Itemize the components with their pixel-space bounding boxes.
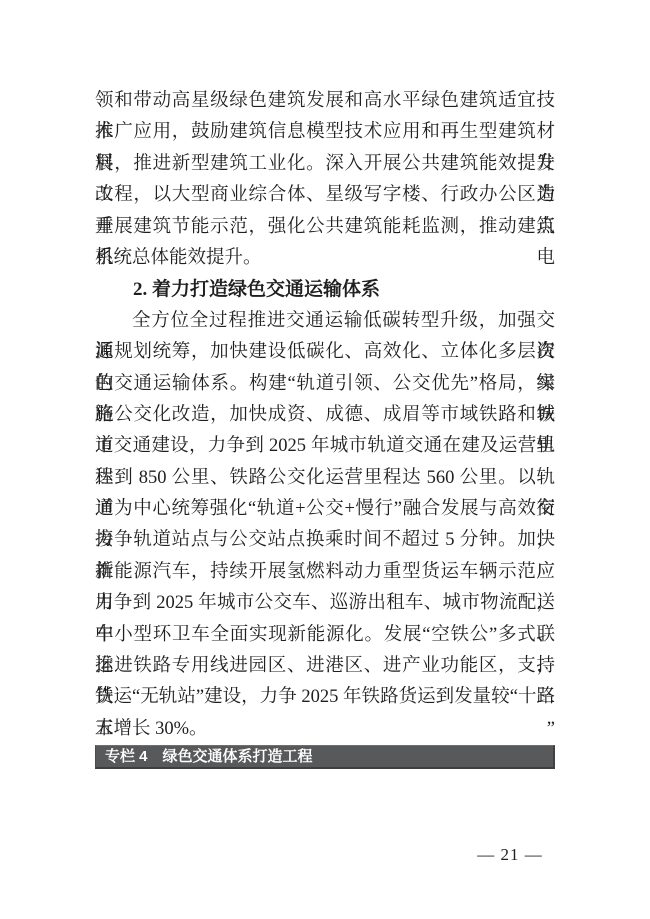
paragraph-building-energy: 领和带动高星级绿色建筑发展和高水平绿色建筑适宜技术推广应用，鼓励建筑信息模型技术… — [95, 86, 555, 274]
document-page: 领和带动高星级绿色建筑发展和高水平绿色建筑适宜技术推广应用，鼓励建筑信息模型技术… — [0, 0, 650, 919]
text-line: 中小型环卫车全面实现新能源化。发展“空铁公”多式联运， — [95, 620, 555, 651]
text-line: 力争到 2025 年城市公交车、巡游出租车、城市物流配送车、 — [95, 588, 555, 619]
text-line: 推进铁路专用线进园区、进港区、进产业功能区，支持铁路 — [95, 651, 555, 682]
text-line: 推广应用，鼓励建筑信息模型技术应用和再生型建筑材料发 — [95, 117, 555, 148]
page-number: — 21 — — [455, 845, 565, 865]
text-line: 领和带动高星级绿色建筑发展和高水平绿色建筑适宜技术 — [95, 86, 555, 117]
text-line: 全方位全过程推进交通运输低碳转型升级，加强交通资 — [95, 306, 555, 337]
paragraph-green-transport: 全方位全过程推进交通运输低碳转型升级，加强交通资源规划统筹，加快建设低碳化、高效… — [95, 306, 555, 745]
text-line: 色交通运输体系。构建“轨道引领、公交优先”格局，实施铁 — [95, 369, 555, 400]
section-heading: 2. 着力打造绿色交通运输体系 — [95, 274, 555, 305]
text-line: 展，推进新型建筑工业化。深入开展公共建筑能效提升改造 — [95, 149, 555, 180]
text-line: 开展建筑节能示范，强化公共建筑能耗监测，推动建筑机电 — [95, 212, 555, 243]
column-banner: 专栏 4 绿色交通体系打造工程 — [95, 745, 555, 769]
text-line: 达到 850 公里、铁路公交化运营里程达 560 公里。以轨道交 — [95, 463, 555, 494]
text-line: 力争轨道站点与公交站点换乘时间不超过 5 分钟。加快推广 — [95, 525, 555, 556]
text-line: 道交通建设，力争到 2025 年城市轨道交通在建及运营里程 — [95, 431, 555, 462]
page-content: 领和带动高星级绿色建筑发展和高水平绿色建筑适宜技术推广应用，鼓励建筑信息模型技术… — [95, 86, 555, 769]
column-banner-label: 专栏 4 绿色交通体系打造工程 — [105, 748, 313, 765]
text-line: 通为中心统筹强化“轨道+公交+慢行”融合发展与高效衔接， — [95, 494, 555, 525]
text-line: 新能源汽车，持续开展氢燃料动力重型货运车辆示范应用， — [95, 557, 555, 588]
text-line: 路公交化改造，加快成资、成德、成眉等市域铁路和城市轨 — [95, 400, 555, 431]
text-line: 工程，以大型商业综合体、星级写字楼、行政办公区为重点 — [95, 180, 555, 211]
text-line: 货运“无轨站”建设，力争 2025 年铁路货运到发量较“十三五” — [95, 682, 555, 713]
text-line: 源规划统筹，加快建设低碳化、高效化、立体化多层次的绿 — [95, 337, 555, 368]
